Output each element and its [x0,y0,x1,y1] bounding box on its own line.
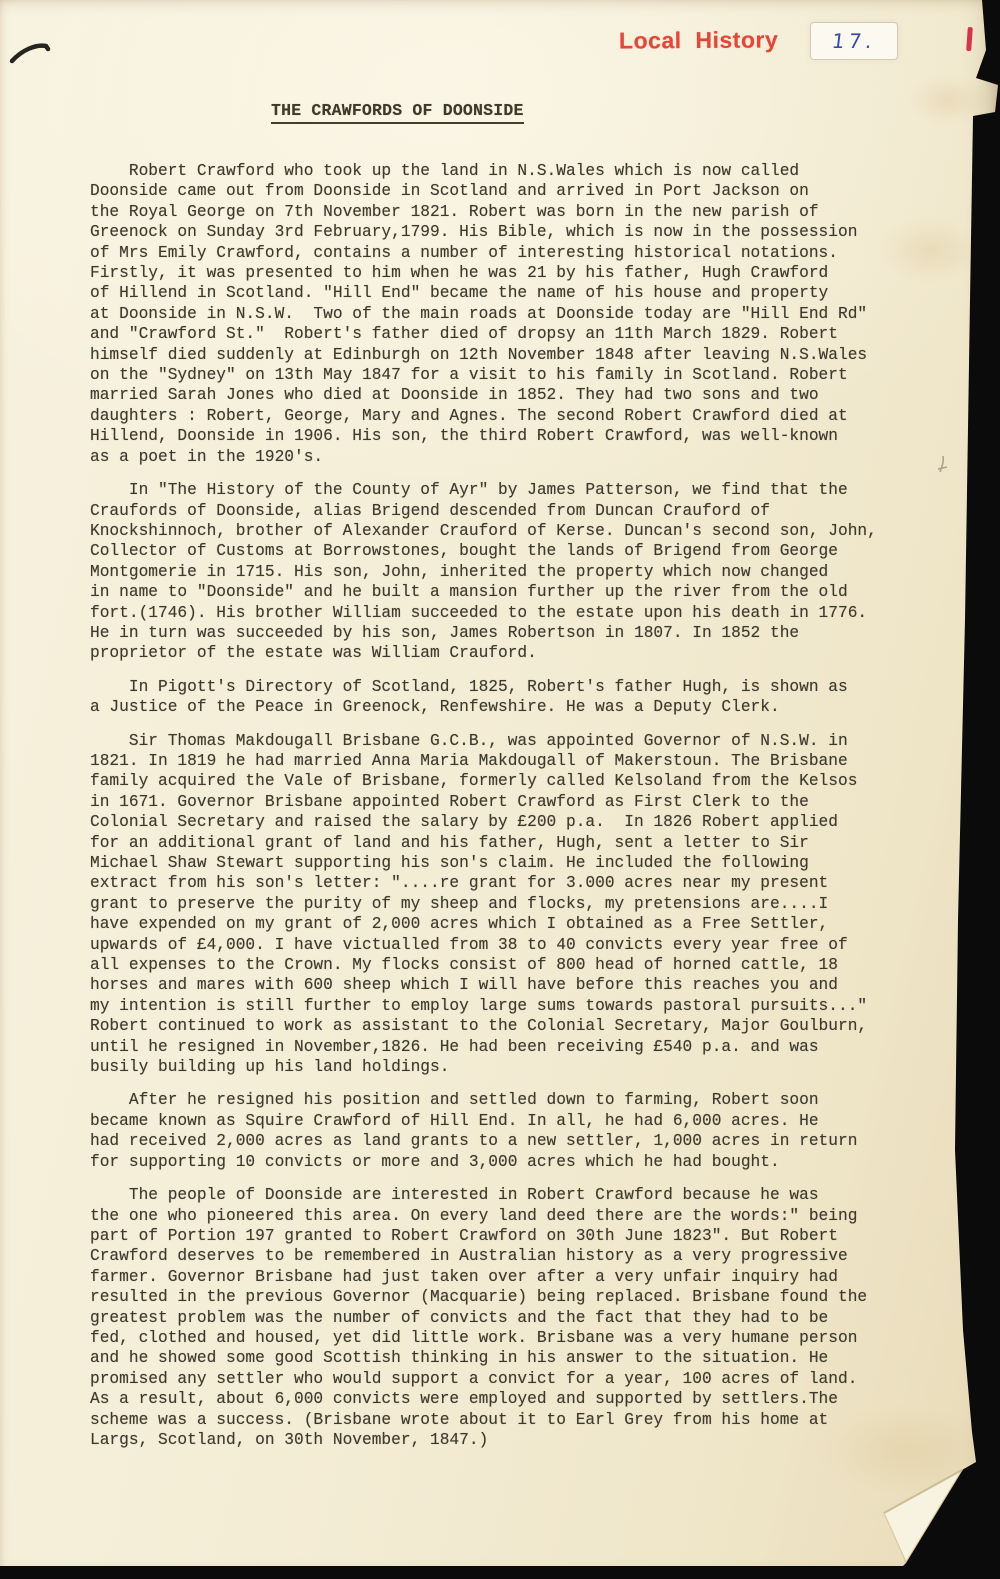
paragraph: Robert Crawford who took up the land in … [90,161,910,467]
document-title: THE CRAWFORDS OF DOONSIDE [271,101,524,124]
paragraph: Sir Thomas Makdougall Brisbane G.C.B., w… [90,731,910,1078]
paragraph: After he resigned his position and settl… [90,1090,910,1172]
document-page: Local History 17. THE CRAWFORDS OF DOONS… [0,0,1000,1579]
paragraph: The people of Doonside are interested in… [90,1185,910,1450]
page-number-label: 17. [811,23,897,59]
document-body: Robert Crawford who took up the land in … [90,161,910,1463]
paragraph: In Pigott's Directory of Scotland, 1825,… [90,677,910,718]
paragraph: In "The History of the County of Ayr" by… [90,480,910,664]
scan-background: Local History 17. THE CRAWFORDS OF DOONS… [0,0,1000,1579]
page-number: 17. [831,29,878,53]
local-history-stamp: Local History [619,26,778,54]
